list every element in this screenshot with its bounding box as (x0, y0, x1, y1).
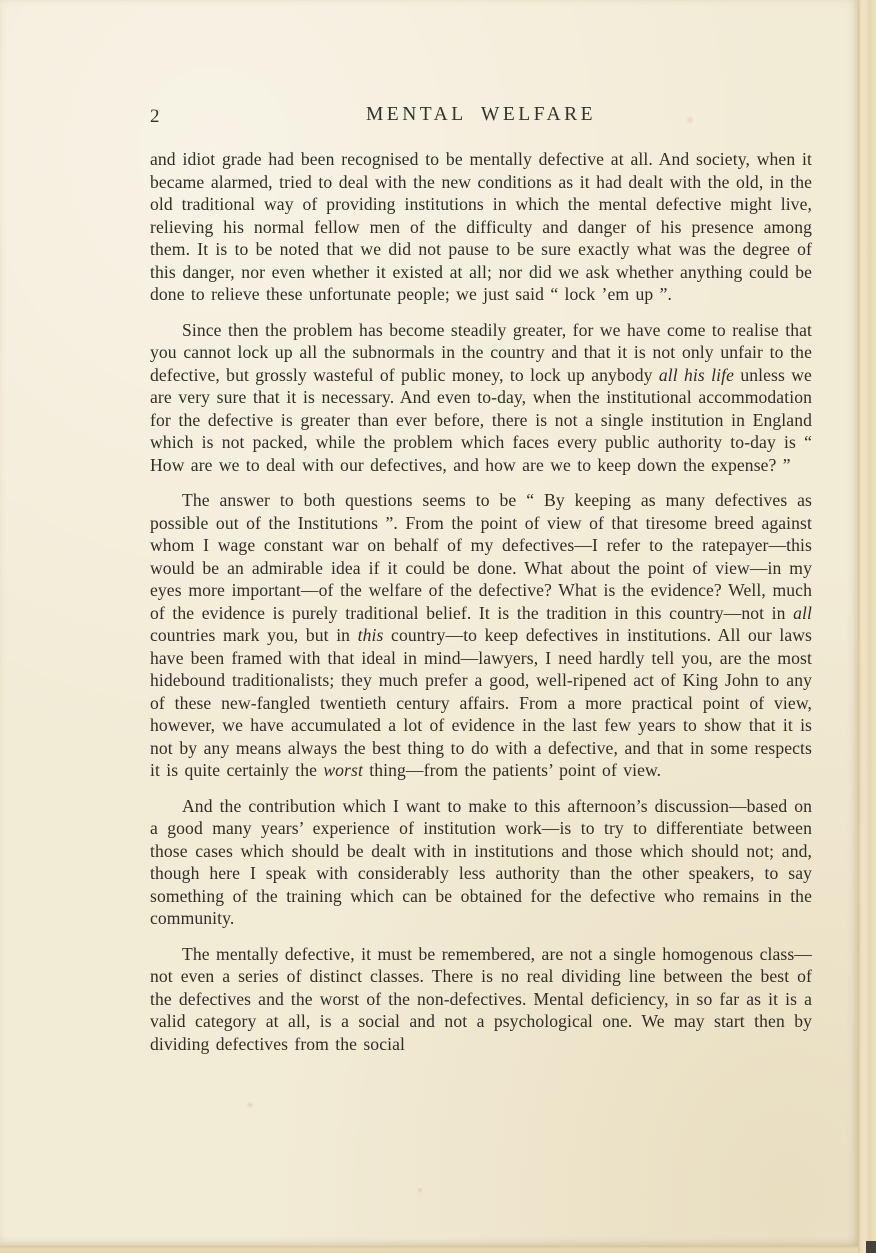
italic-text: all (793, 603, 812, 623)
book-page: 2 MENTAL WELFARE and idiot grade had bee… (0, 0, 858, 1246)
page-number: 2 (150, 106, 160, 128)
page-header: 2 MENTAL WELFARE (150, 104, 812, 132)
page-edge-bottom (0, 1246, 858, 1253)
paragraph: The answer to both questions seems to be… (150, 489, 812, 782)
body-text: and idiot grade had been recognised to b… (150, 149, 812, 304)
paragraph: And the contribution which I want to mak… (150, 795, 812, 930)
paragraph: and idiot grade had been recognised to b… (150, 148, 812, 306)
running-title: MENTAL WELFARE (150, 104, 812, 126)
body-text: The mentally defective, it must be remem… (150, 944, 812, 1054)
body-text: And the contribution which I want to mak… (150, 796, 812, 929)
paragraph: Since then the problem has become steadi… (150, 319, 812, 477)
page-edge-right (858, 0, 876, 1253)
body-text: country—to keep defectives in institutio… (150, 625, 812, 780)
italic-text: this (358, 625, 384, 645)
paragraph: The mentally defective, it must be remem… (150, 943, 812, 1056)
italic-text: worst (323, 760, 363, 780)
body-text: countries mark you, but in (150, 625, 358, 645)
body-text: The answer to both questions seems to be… (150, 490, 812, 623)
binding-corner-shadow (866, 1241, 876, 1253)
body-text: thing—from the patients’ point of view. (363, 760, 661, 780)
page-body: and idiot grade had been recognised to b… (150, 148, 812, 1068)
italic-text: all his life (659, 365, 734, 385)
